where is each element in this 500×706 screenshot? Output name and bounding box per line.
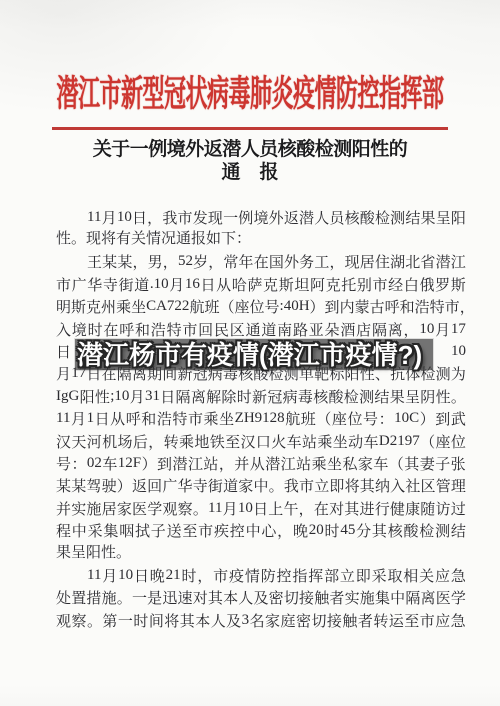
body-token: ， — [299, 498, 314, 519]
body-token: 人 — [238, 587, 253, 608]
body-token: 触 — [314, 587, 329, 608]
body-token: ， — [132, 251, 147, 272]
body-token: 境 — [72, 319, 87, 340]
body-token: 结 — [374, 386, 389, 407]
body-token: 市 — [445, 296, 460, 317]
body-token: 发 — [193, 207, 208, 228]
body-token: 至 — [182, 520, 197, 541]
body-token: 晚 — [150, 565, 165, 586]
body-token: 月 — [223, 498, 238, 519]
body-token: 航 — [285, 408, 300, 429]
body-token: ， — [197, 565, 212, 586]
body-token: 在 — [254, 251, 269, 272]
body-token: 冠 — [267, 386, 282, 407]
body-token: 潜 — [299, 207, 314, 228]
body-token: 急 — [451, 565, 466, 586]
body-token: 日 — [95, 408, 110, 429]
body-token: 汉 — [56, 431, 71, 452]
body-token: D2197 — [379, 433, 420, 450]
body-token: （ — [219, 296, 234, 317]
body-token: 寺 — [103, 274, 118, 295]
body-token: 坦 — [294, 274, 309, 295]
body-token: 本 — [223, 587, 238, 608]
body-token: 11 — [87, 209, 101, 226]
body-token: 斯 — [451, 274, 466, 295]
body-token: 潜 — [265, 453, 280, 474]
body-token: 。 — [451, 386, 466, 407]
body-token: 日 — [56, 341, 71, 362]
body-token: 纳 — [375, 475, 390, 496]
body-token: 测 — [435, 520, 450, 541]
body-token: 返 — [284, 207, 299, 228]
body-token: 指 — [292, 565, 307, 586]
body-token: 潜 — [436, 251, 451, 272]
body-line: 11月10日，我市发现一例境外返潜人员核酸检测结果呈阳 — [56, 206, 466, 228]
body-token: 民 — [214, 319, 229, 340]
body-token: 返 — [132, 475, 147, 496]
body-token: 市 — [213, 565, 228, 586]
body-token: 市 — [182, 319, 197, 340]
body-token: 天 — [71, 431, 86, 452]
body-token: 间 — [149, 610, 164, 631]
body-token: 托 — [341, 274, 356, 295]
body-token: 16 — [185, 276, 200, 293]
body-token: 日 — [253, 498, 268, 519]
body-token: 呼 — [126, 408, 141, 429]
body-token: 区 — [421, 475, 436, 496]
body-token: 应 — [435, 565, 450, 586]
body-token: 管 — [436, 475, 451, 496]
body-token: ， — [148, 431, 163, 452]
body-token: 程 — [56, 520, 71, 541]
body-token: 年 — [239, 251, 254, 272]
body-token: 31 — [145, 388, 160, 405]
body-token: 相 — [403, 565, 418, 586]
body-token: 乘 — [204, 408, 219, 429]
body-token: 蒙 — [355, 296, 370, 317]
body-token: 市 — [188, 408, 203, 429]
body-token: 月 — [56, 363, 71, 384]
body-token: 白 — [404, 274, 419, 295]
body-token: ZH9128 — [235, 410, 285, 427]
body-token: 市 — [299, 475, 314, 496]
body-token: 21 — [166, 567, 181, 584]
body-token: 日 — [134, 565, 149, 586]
body-token: 我 — [162, 207, 177, 228]
body-token: 及 — [226, 610, 241, 631]
body-token: 湖 — [390, 251, 405, 272]
body-token: 日 — [132, 207, 147, 228]
body-token: 中 — [253, 475, 268, 496]
body-token: 古 — [370, 296, 385, 317]
body-token: 10C — [394, 410, 419, 427]
body-token: 并 — [56, 498, 71, 519]
body-token: 务 — [299, 251, 314, 272]
body-token: 庭 — [281, 610, 296, 631]
body-token: 常 — [223, 251, 238, 272]
body-token: 王 — [87, 251, 102, 272]
body-token: 取 — [387, 565, 402, 586]
body-token: ： — [379, 408, 394, 429]
body-token: 阳 — [451, 207, 466, 228]
body-token: ， — [147, 207, 162, 228]
body-token: 观 — [162, 498, 177, 519]
body-token: 特 — [172, 408, 187, 429]
body-token: 经 — [388, 274, 403, 295]
issuing-authority-title: 潜江市新型冠状病毒肺炎疫情防控指挥部 — [56, 66, 443, 116]
body-token: （ — [389, 453, 404, 474]
body-token: 州 — [101, 296, 116, 317]
body-token: 。 — [269, 475, 284, 496]
body-token: 道 — [134, 274, 149, 295]
body-token: 10 — [419, 321, 434, 338]
body-token: 02 — [87, 455, 102, 472]
body-token: 集 — [103, 520, 118, 541]
body-token: 男 — [148, 251, 163, 272]
body-token: 心 — [261, 520, 276, 541]
body-token: （ — [316, 408, 331, 429]
body-token: 者 — [329, 587, 344, 608]
body-token: 车 — [102, 453, 117, 474]
body-token: 月 — [169, 274, 184, 295]
body-token: 者 — [358, 610, 373, 631]
body-token: 人 — [211, 610, 226, 631]
body-token: 10 — [118, 567, 133, 584]
body-token: CA722 — [146, 298, 189, 315]
body-token: 乘 — [317, 431, 332, 452]
body-token: 运 — [389, 610, 404, 631]
body-token: 新 — [252, 386, 267, 407]
body-token: ， — [277, 520, 292, 541]
body-token: 和 — [141, 408, 156, 429]
body-token: 11 — [208, 500, 222, 517]
body-token: 康 — [405, 498, 420, 519]
body-token: 时 — [181, 565, 196, 586]
body-token: 速 — [178, 587, 193, 608]
body-token: 其 — [360, 475, 375, 496]
body-token: 位 — [250, 296, 265, 317]
body-token: 密 — [269, 587, 284, 608]
body-token: 座 — [332, 408, 347, 429]
body-token: 离 — [191, 386, 206, 407]
body-token: 市 — [198, 520, 213, 541]
body-token: 及 — [253, 587, 268, 608]
body-token: 地 — [194, 431, 209, 452]
body-token: 员 — [329, 207, 344, 228]
body-line: 号：02车12F）到潜江站，并从潜江站乘坐私家车（其妻子张 — [56, 452, 466, 474]
body-token: 20 — [309, 522, 324, 539]
body-token: 街 — [119, 274, 134, 295]
body-token: 一 — [132, 587, 147, 608]
body-token: 某 — [117, 251, 132, 272]
body-token: 分 — [356, 520, 371, 541]
body-token: 隔 — [405, 587, 420, 608]
body-token: 隔 — [372, 319, 387, 340]
body-token: 车 — [373, 453, 388, 474]
body-token: 实 — [345, 587, 360, 608]
body-token: 市 — [178, 207, 193, 228]
body-token: 晚 — [293, 520, 308, 541]
body-token: 特 — [430, 296, 445, 317]
body-token: 到 — [157, 453, 172, 474]
body-token: 立 — [340, 565, 355, 586]
body-line: 某某驾驶）返回广华寺街道家中。我市立即将其纳入社区管理 — [56, 475, 466, 497]
body-token: 号 — [265, 296, 280, 317]
body-token: 是 — [147, 587, 162, 608]
body-token: 岁 — [193, 251, 208, 272]
body-token: 华 — [87, 274, 102, 295]
body-line: IgG阳性;10月31日隔离解除时新冠病毒核酸检测结果呈阴性。 — [56, 385, 466, 407]
body-token: 隔 — [176, 386, 191, 407]
body-token: ） — [310, 296, 325, 317]
body-token: 采 — [372, 565, 387, 586]
body-token: 即 — [356, 565, 371, 586]
body-token: 南 — [277, 319, 292, 340]
body-token: ， — [329, 251, 344, 272]
body-token: 10 — [451, 343, 466, 360]
body-token: 内 — [340, 296, 355, 317]
body-token: 阴 — [420, 386, 435, 407]
body-token: 座 — [234, 296, 249, 317]
body-token: 施 — [102, 587, 117, 608]
body-token: 斯 — [279, 274, 294, 295]
body-token: 医 — [132, 498, 147, 519]
body-token: 站 — [302, 431, 317, 452]
body-token: 后 — [133, 431, 148, 452]
body-token: 52 — [178, 253, 193, 270]
body-token: 至 — [225, 431, 240, 452]
body-token: 酒 — [340, 319, 355, 340]
body-line: 王某某，男，52岁，常年在国外务工，现居住湖北省潜江 — [56, 251, 466, 273]
body-token: 车 — [364, 431, 379, 452]
body-token: 罗 — [435, 274, 450, 295]
body-token: 市 — [56, 274, 71, 295]
body-token: 时 — [237, 386, 252, 407]
body-token: 核 — [345, 207, 360, 228]
body-token: 本 — [195, 610, 210, 631]
body-token: 道 — [223, 475, 238, 496]
body-token: 上 — [268, 498, 283, 519]
body-token: 至 — [404, 610, 419, 631]
body-token: 措 — [86, 587, 101, 608]
body-token: 11 — [87, 567, 101, 584]
body-token: 送 — [167, 520, 182, 541]
body-token: 果 — [390, 386, 405, 407]
body-token: 和 — [135, 319, 150, 340]
body-token: 接 — [327, 610, 342, 631]
body-token: 密 — [296, 610, 311, 631]
header-divider-rule — [52, 127, 448, 130]
body-token: 江 — [188, 453, 203, 474]
body-token: 到 — [435, 408, 450, 429]
body-token: 某 — [56, 475, 71, 496]
body-token: 江 — [451, 251, 466, 272]
body-token: 华 — [178, 475, 193, 496]
body-token: 现 — [345, 251, 360, 272]
body-token: 区 — [230, 319, 245, 340]
body-token: 置 — [71, 587, 86, 608]
body-token: 回 — [198, 319, 213, 340]
body-token: 一 — [223, 207, 238, 228]
body-token: 明 — [56, 296, 71, 317]
body-token: 一 — [118, 610, 133, 631]
body-token: 站 — [203, 453, 218, 474]
body-line: 观察。第一时间将其本人及3名家庭密切接触者转运至市应急 — [56, 609, 466, 631]
body-token: 从 — [216, 274, 231, 295]
body-token: 居 — [360, 251, 375, 272]
body-token: 萨 — [247, 274, 262, 295]
body-token: 观 — [56, 610, 71, 631]
body-token: 将 — [164, 610, 179, 631]
body-token: 江 — [281, 453, 296, 474]
body-token: 外 — [284, 251, 299, 272]
body-line: 市广华寺街道.10月16日从哈萨克斯坦阿克托别市经白俄罗斯 — [56, 273, 466, 295]
body-token: 性 — [95, 386, 110, 407]
body-token: 斯 — [71, 296, 86, 317]
body-token: 其 — [344, 498, 359, 519]
body-token: ， — [163, 251, 178, 272]
body-token: 省 — [420, 251, 435, 272]
body-token: 理 — [451, 475, 466, 496]
body-token: 12F — [118, 455, 141, 472]
body-token: 情 — [245, 565, 260, 586]
body-token: 亚 — [309, 319, 324, 340]
body-token: 施 — [86, 498, 101, 519]
body-token: 即 — [329, 475, 344, 496]
body-token: 果 — [421, 207, 436, 228]
body-line: 汉天河机场后，转乘地铁至汉口火车站乘坐动车D2197（座位 — [56, 430, 466, 452]
body-token: 时 — [133, 610, 148, 631]
body-token: 某 — [102, 251, 117, 272]
body-token: 克 — [326, 274, 341, 295]
body-token: 汉 — [241, 431, 256, 452]
body-token: 境 — [253, 207, 268, 228]
body-token: 入 — [390, 475, 405, 496]
body-token: 为 — [451, 363, 466, 384]
body-token: 部 — [324, 565, 339, 586]
body-token: 月 — [435, 319, 450, 340]
body-token: 站 — [296, 453, 311, 474]
body-token: 家 — [358, 453, 373, 474]
body-token: 在 — [103, 319, 118, 340]
body-token: 中 — [390, 587, 405, 608]
body-token: ， — [208, 251, 223, 272]
body-token: 结 — [405, 207, 420, 228]
body-token: 学 — [451, 587, 466, 608]
body-token: 月 — [71, 408, 86, 429]
body-token: 关 — [419, 565, 434, 586]
body-token: ： — [71, 453, 86, 474]
body-token: 某 — [71, 475, 86, 496]
body-token: 学 — [147, 498, 162, 519]
body-token: 月 — [130, 386, 145, 407]
body-token: ） — [420, 408, 435, 429]
body-token: 过 — [451, 498, 466, 519]
body-token: 市 — [420, 610, 435, 631]
body-token: 采 — [88, 520, 103, 541]
body-token: 店 — [356, 319, 371, 340]
body-token: 铁 — [210, 431, 225, 452]
body-token: 日 — [200, 274, 215, 295]
body-token: 号 — [56, 453, 71, 474]
body-token: 10 — [117, 209, 132, 226]
body-token: 号 — [363, 408, 378, 429]
body-token: 行 — [375, 498, 390, 519]
body-token: 接 — [299, 587, 314, 608]
body-token: 班 — [204, 296, 219, 317]
body-token: 口 — [256, 431, 271, 452]
body-line: 11月1日从呼和浩特市乘坐ZH9128航班（座位号：10C）到武 — [56, 408, 466, 430]
body-token: 潜 — [172, 453, 187, 474]
body-token: 外 — [269, 207, 284, 228]
document-body: 11月10日，我市发现一例境外返潜人员核酸检测结果呈阳性。现将有关情况通报如下：… — [56, 206, 466, 631]
body-token: 午 — [283, 498, 298, 519]
body-token: 广 — [72, 274, 87, 295]
body-token: 特 — [167, 319, 182, 340]
body-token: 呈 — [436, 207, 451, 228]
body-token: 国 — [269, 251, 284, 272]
body-token: 迅 — [162, 587, 177, 608]
body-token: 急 — [451, 610, 466, 631]
body-token: 动 — [348, 431, 363, 452]
body-token: 第 — [102, 610, 117, 631]
body-token: 子 — [151, 520, 166, 541]
body-token: 驶 — [102, 475, 117, 496]
caption-overlay-text: 潜江杨市有疫情(潜江市疫情?) — [75, 342, 422, 368]
body-token: 咽 — [119, 520, 134, 541]
body-token: 拭 — [135, 520, 150, 541]
body-token: 名 — [250, 610, 265, 631]
body-token: 日 — [160, 386, 175, 407]
body-token: 检 — [344, 386, 359, 407]
body-line: 处置措施。一是迅速对其本人及密切接触者实施集中隔离医学 — [56, 587, 466, 609]
body-token: 中 — [72, 520, 87, 541]
body-token: 中 — [246, 520, 261, 541]
body-token: 车 — [287, 431, 302, 452]
issuing-authority-header: 潜江市新型冠状病毒肺炎疫情防控指挥部 — [0, 67, 500, 115]
body-token: 从 — [110, 408, 125, 429]
document-title-line1: 关于一例境外返潜人员核酸检测阳性的 — [0, 138, 500, 162]
body-token: 私 — [342, 453, 357, 474]
body-token: 其 — [372, 520, 387, 541]
body-token: 街 — [208, 475, 223, 496]
body-token: 挥 — [308, 565, 323, 586]
body-token: 北 — [405, 251, 420, 272]
caption-overlay-band: 潜江杨市有疫情(潜江市疫情?) — [75, 339, 433, 370]
body-token: 回 — [147, 475, 162, 496]
body-token: 并 — [234, 453, 249, 474]
body-token: 酸 — [360, 207, 375, 228]
body-token: 。 — [193, 498, 208, 519]
body-token: 疫 — [229, 565, 244, 586]
body-token: 17 — [451, 321, 466, 338]
body-token: 我 — [284, 475, 299, 496]
body-token: 座 — [435, 431, 450, 452]
body-token: 切 — [284, 587, 299, 608]
body-line: 11月10日晚21时，市疫情防控指挥部立即采取相关应急 — [56, 564, 466, 586]
body-token: 测 — [359, 386, 374, 407]
body-token: 市 — [373, 274, 388, 295]
body-token: 施 — [360, 587, 375, 608]
body-token: 控 — [230, 520, 245, 541]
body-token: 进 — [359, 498, 374, 519]
body-token: 核 — [388, 520, 403, 541]
body-token: 其 — [404, 453, 419, 474]
body-token: 家 — [238, 475, 253, 496]
body-token: 乘 — [179, 431, 194, 452]
body-token: 对 — [329, 498, 344, 519]
body-token: 坐 — [219, 408, 234, 429]
